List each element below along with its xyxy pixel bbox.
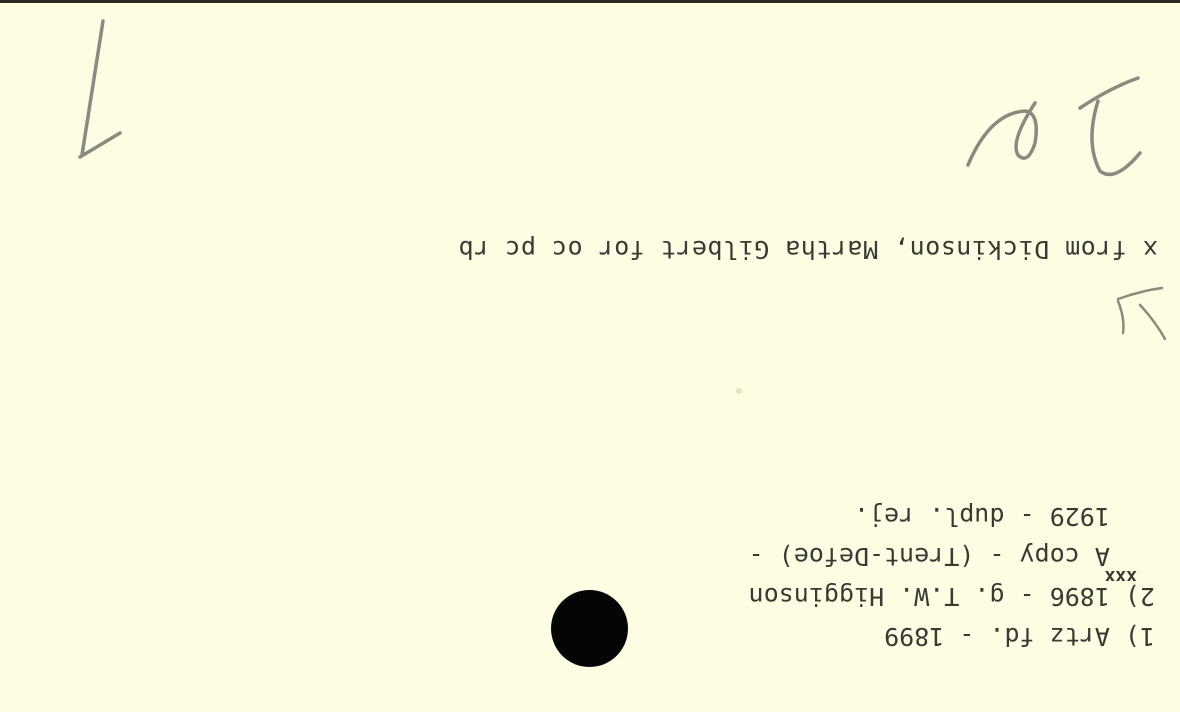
handwritten-1-mark xyxy=(80,21,120,157)
check-mark xyxy=(1118,288,1165,339)
index-card: x from Dickinson, Martha Gilbert for oc … xyxy=(0,0,1180,712)
handwritten-2e-mark xyxy=(968,103,1036,165)
pencil-marks xyxy=(0,3,1180,712)
